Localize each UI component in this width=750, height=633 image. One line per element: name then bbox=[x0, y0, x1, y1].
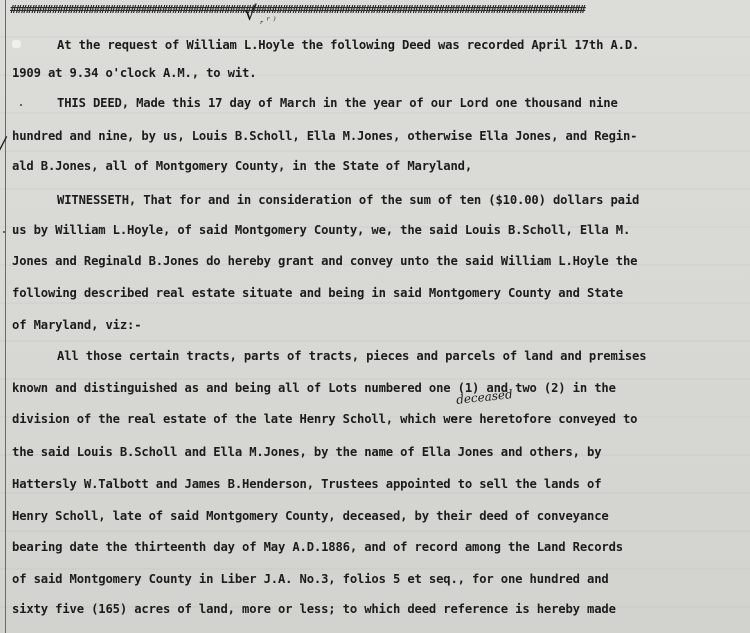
handwritten-check-note: ᵣ ʳ ⁾ bbox=[260, 16, 276, 27]
handwritten-check-mark: √ bbox=[244, 3, 257, 23]
text-line-17: bearing date the thirteenth day of May A… bbox=[12, 539, 623, 555]
text-line-18: of said Montgomery County in Liber J.A. … bbox=[12, 571, 609, 587]
speck bbox=[20, 104, 22, 106]
text-line-14: the said Louis B.Scholl and Ella M.Jones… bbox=[12, 444, 601, 460]
text-line-9: following described real estate situate … bbox=[12, 285, 623, 301]
text-line-3: THIS DEED, Made this 17 day of March in … bbox=[57, 95, 618, 111]
text-line-5: ald B.Jones, all of Montgomery County, i… bbox=[12, 158, 472, 174]
text-line-2: 1909 at 9.34 o'clock A.M., to wit. bbox=[12, 65, 256, 81]
handwritten-margin-slash: / bbox=[0, 133, 8, 155]
paper-blemish bbox=[12, 40, 21, 48]
text-line-19: sixty five (165) acres of land, more or … bbox=[12, 601, 616, 617]
text-line-8: Jones and Reginald B.Jones do hereby gra… bbox=[12, 253, 637, 269]
text-line-15: Hattersly W.Talbott and James B.Henderso… bbox=[12, 476, 601, 492]
text-line-11: All those certain tracts, parts of tract… bbox=[57, 348, 646, 364]
speck bbox=[3, 231, 5, 233]
text-line-4: hundred and nine, by us, Louis B.Scholl,… bbox=[12, 128, 637, 144]
text-line-13: division of the real estate of the late … bbox=[12, 411, 637, 427]
text-line-7: us by William L.Hoyle, of said Montgomer… bbox=[12, 222, 630, 238]
left-margin-rule bbox=[5, 0, 6, 633]
deed-page: ########################################… bbox=[0, 0, 750, 633]
text-line-1: At the request of William L.Hoyle the fo… bbox=[57, 37, 639, 53]
text-line-16: Henry Scholl, late of said Montgomery Co… bbox=[12, 508, 609, 524]
text-line-10: of Maryland, viz:- bbox=[12, 317, 141, 333]
text-line-6: WITNESSETH, That for and in consideratio… bbox=[57, 192, 639, 208]
insertion-mark: ‚‚ bbox=[450, 409, 458, 422]
hash-separator-border: ########################################… bbox=[10, 4, 728, 16]
text-line-12: known and distinguished as and being all… bbox=[12, 380, 616, 396]
